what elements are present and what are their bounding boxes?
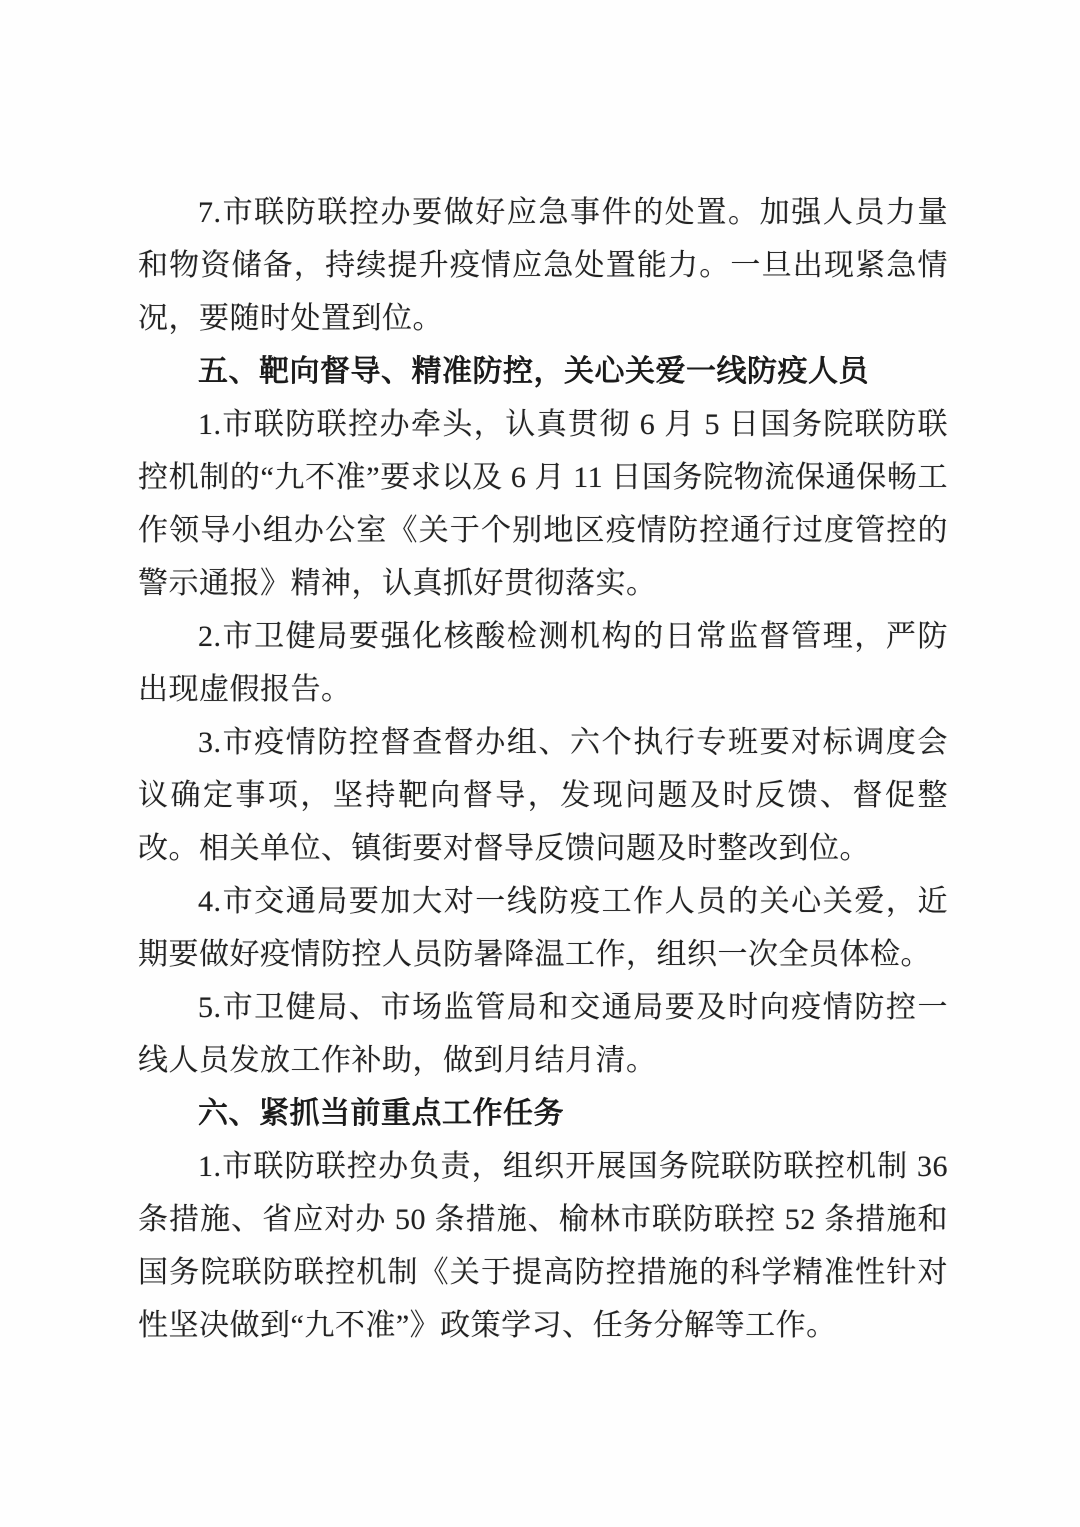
document-body: 7.市联防联控办要做好应急事件的处置。加强人员力量和物资储备，持续提升疫情应急处… [138, 186, 948, 1352]
section-heading-5: 五、靶向督导、精准防控，关心关爱一线防疫人员 [138, 345, 948, 398]
paragraph-sec5-item-1: 1.市联防联控办牵头，认真贯彻 6 月 5 日国务院联防联控机制的“九不准”要求… [138, 398, 948, 610]
document-page: 7.市联防联控办要做好应急事件的处置。加强人员力量和物资储备，持续提升疫情应急处… [0, 0, 1080, 1527]
paragraph-sec5-item-5: 5.市卫健局、市场监管局和交通局要及时向疫情防控一线人员发放工作补助，做到月结月… [138, 981, 948, 1087]
paragraph-sec5-item-2: 2.市卫健局要强化核酸检测机构的日常监督管理，严防出现虚假报告。 [138, 610, 948, 716]
paragraph-sec5-item-4: 4.市交通局要加大对一线防疫工作人员的关心关爱，近期要做好疫情防控人员防暑降温工… [138, 875, 948, 981]
paragraph-item-7-emergency-handling: 7.市联防联控办要做好应急事件的处置。加强人员力量和物资储备，持续提升疫情应急处… [138, 186, 948, 345]
paragraph-sec6-item-1: 1.市联防联控办负责，组织开展国务院联防联控机制 36 条措施、省应对办 50 … [138, 1140, 948, 1352]
section-heading-6: 六、紧抓当前重点工作任务 [138, 1087, 948, 1140]
paragraph-sec5-item-3: 3.市疫情防控督查督办组、六个执行专班要对标调度会议确定事项，坚持靶向督导，发现… [138, 716, 948, 875]
